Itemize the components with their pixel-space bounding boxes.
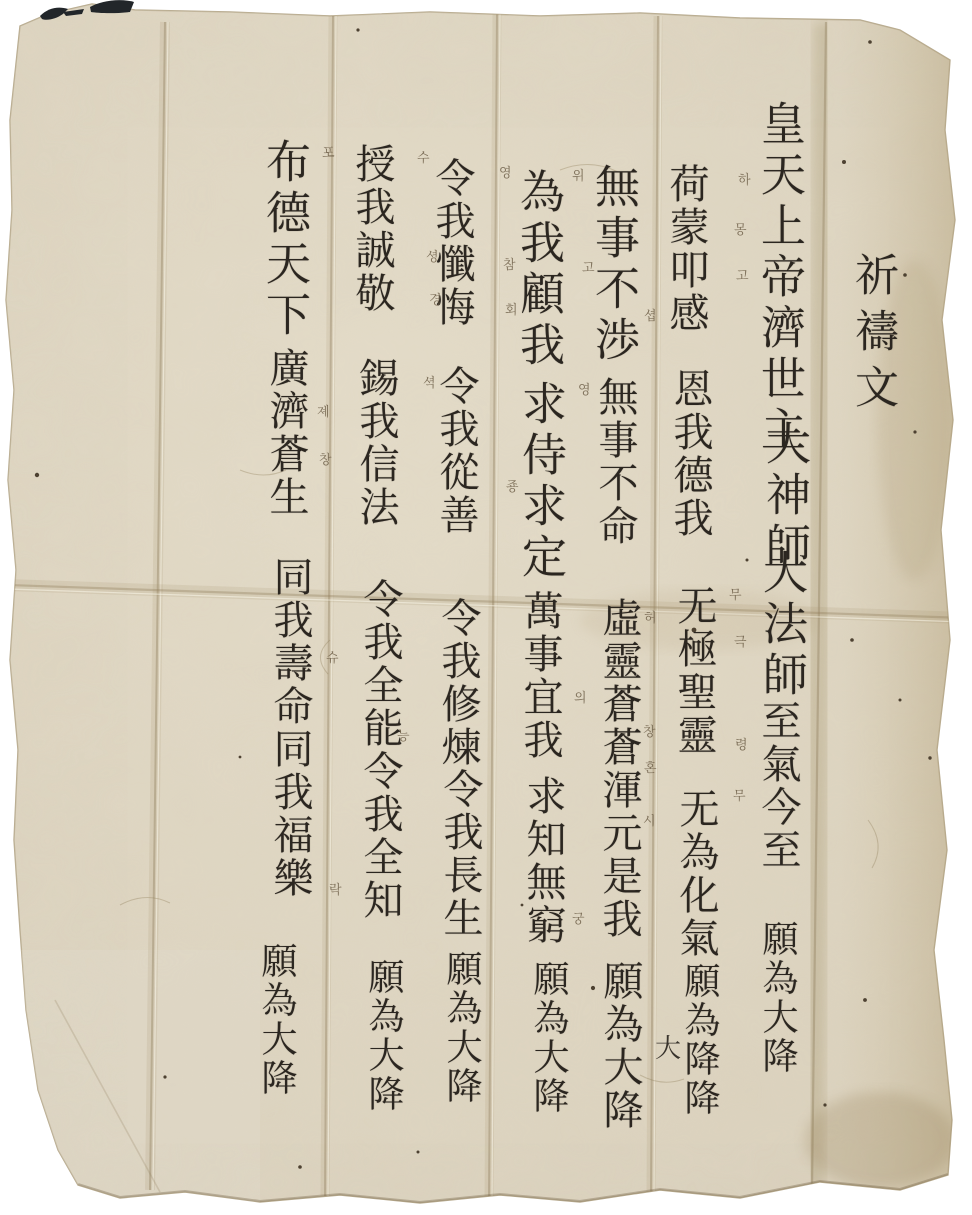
hangul-gloss: 영: [578, 384, 591, 397]
calligraphy-column-7-group-1: 布德天下: [262, 138, 307, 342]
calligraphy-column-4-group-4: 求知無窮: [523, 775, 563, 947]
hangul-gloss: 셩: [426, 251, 439, 264]
manuscript-photo: 祈禱文 皇天上帝濟世主大神師大法師至氣今至願為大降荷蒙叩感恩我德我无極聖靈无為化…: [0, 0, 972, 1215]
calligraphy-column-7-group-3: 同我壽命同我福樂: [270, 556, 310, 900]
hangul-gloss: 극: [734, 636, 747, 649]
hangul-gloss: 락: [329, 884, 342, 897]
calligraphy-column-5-group-3: 令我修煉: [438, 597, 478, 769]
hangul-gloss: 셕: [423, 377, 436, 390]
calligraphy-column-1-group-1: 皇天上帝濟世主: [757, 100, 802, 457]
hangul-gloss: 경: [429, 294, 442, 307]
calligraphy-column-3-group-4: 願為大降: [600, 960, 640, 1132]
calligraphy-column-3-group-1: 無事不渉: [591, 163, 636, 367]
calligraphy-column-5-group-4: 令我長生: [440, 768, 480, 940]
hangul-gloss: 몽: [734, 224, 747, 237]
inserted-correction-char: 大: [655, 1036, 681, 1062]
calligraphy-column-3-group-2: 無事不命: [595, 376, 635, 548]
calligraphy-column-4-group-3: 萬事宜我: [520, 590, 560, 762]
hangul-gloss: 궁: [572, 913, 585, 926]
hangul-gloss: 슈: [326, 652, 339, 665]
hangul-gloss: 무: [733, 790, 746, 803]
hangul-gloss: 졔: [317, 406, 330, 419]
hangul-gloss: 령: [735, 739, 748, 752]
calligraphy-column-1-group-3: 大法師: [759, 549, 804, 702]
hangul-gloss: 시: [643, 815, 656, 828]
calligraphy-column-6-group-3: 令我全能令我全知: [360, 578, 400, 922]
hangul-gloss: 창: [319, 454, 332, 467]
calligraphy-column-4-group-5: 願為大降: [530, 960, 566, 1116]
calligraphy-column-4-group-2: 求侍求定: [518, 380, 563, 584]
hangul-gloss: 셥: [644, 310, 657, 323]
calligraphy-column-2-group-3: 无極聖靈: [674, 585, 714, 757]
hangul-gloss: 포: [322, 147, 335, 160]
calligraphy-column-2-group-1: 荷蒙叩感: [666, 163, 706, 335]
text-layer: 祈禱文 皇天上帝濟世主大神師大法師至氣今至願為大降荷蒙叩感恩我德我无極聖靈无為化…: [0, 0, 972, 1215]
hangul-gloss: 하: [738, 174, 751, 187]
calligraphy-column-5-group-2: 令我從善: [436, 365, 476, 537]
hangul-gloss: 혼: [644, 762, 657, 775]
calligraphy-column-6-group-1: 授我誠敬: [352, 143, 392, 315]
calligraphy-column-6-group-4: 願為大降: [365, 958, 401, 1114]
hangul-gloss: 능: [397, 730, 410, 743]
calligraphy-column-5-group-5: 願為大降: [443, 950, 479, 1106]
hangul-gloss: 죵: [506, 481, 519, 494]
hangul-gloss: 무: [729, 589, 742, 602]
hangul-gloss: 의: [574, 692, 587, 705]
calligraphy-column-3-group-3: 虛靈蒼蒼渾元是我: [599, 597, 639, 941]
calligraphy-column-7-group-2: 廣濟蒼生: [266, 347, 306, 519]
hangul-gloss: 고: [582, 262, 595, 275]
hangul-gloss: 참: [503, 259, 516, 272]
hangul-gloss: 창: [643, 726, 656, 739]
calligraphy-column-2-group-4: 无為化氣: [676, 788, 716, 960]
hangul-gloss: 허: [644, 612, 657, 625]
hangul-gloss: 회: [505, 304, 518, 317]
calligraphy-column-1-group-5: 願為大降: [759, 920, 795, 1076]
hangul-gloss: 영: [499, 167, 512, 180]
calligraphy-column-2-group-2: 恩我德我: [670, 368, 710, 540]
hangul-gloss: 위: [572, 170, 585, 183]
calligraphy-column-4-group-1: 為我顧我: [516, 168, 561, 372]
hangul-gloss: 수: [417, 152, 430, 165]
calligraphy-column-6-group-2: 錫我信法: [356, 357, 396, 529]
calligraphy-column-1-group-4: 至氣今至: [758, 700, 798, 872]
hangul-gloss: 고: [736, 270, 749, 283]
calligraphy-column-2-group-5: 願為降降: [681, 962, 717, 1118]
document-title: 祈禱文: [850, 252, 894, 420]
calligraphy-column-7-group-4: 願為大降: [258, 942, 294, 1098]
